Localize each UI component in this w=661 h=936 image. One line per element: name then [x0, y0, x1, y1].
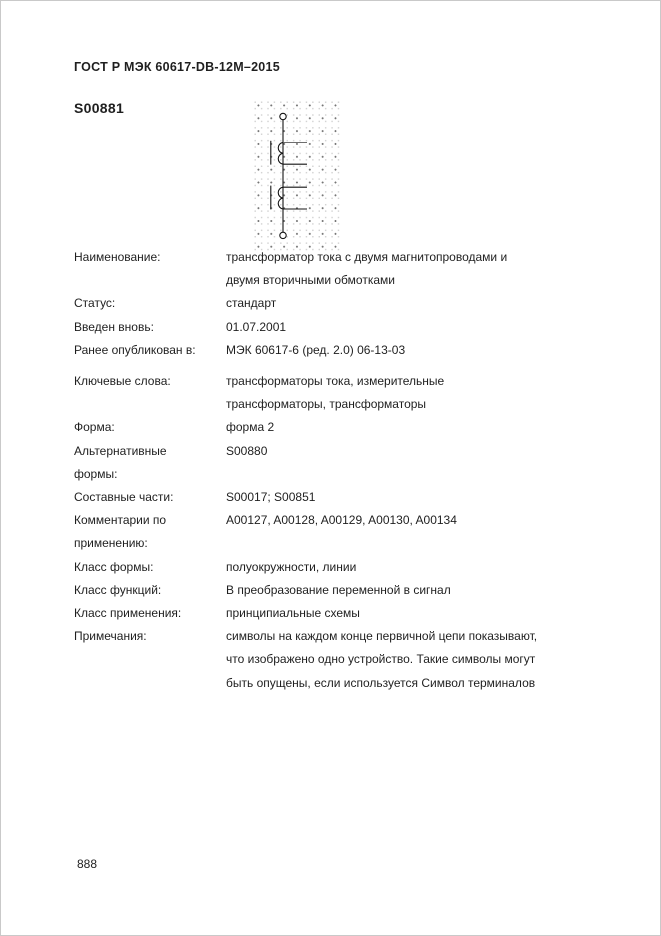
field-row: Наименование:трансформатор тока с двумя …	[74, 246, 594, 292]
field-label-line: Ранее опубликован в:	[74, 339, 226, 362]
field-value-line: что изображено одно устройство. Такие си…	[226, 648, 594, 671]
field-value: стандарт	[226, 292, 594, 315]
field-value: трансформатор тока с двумя магнитопровод…	[226, 246, 594, 292]
field-value-line: символы на каждом конце первичной цепи п…	[226, 625, 594, 648]
field-row: Форма:форма 2	[74, 416, 594, 439]
field-label-line: Альтернативные	[74, 440, 226, 463]
field-row: Класс функций:В преобразование переменно…	[74, 579, 594, 602]
field-value-line: стандарт	[226, 292, 594, 315]
field-value-line: трансформатор тока с двумя магнитопровод…	[226, 246, 594, 269]
field-row: Альтернативныеформы:S00880	[74, 440, 594, 486]
field-value-line: принципиальные схемы	[226, 602, 594, 625]
field-label-line: Класс функций:	[74, 579, 226, 602]
field-value-line: трансформаторы тока, измерительные	[226, 370, 594, 393]
field-value-line: форма 2	[226, 416, 594, 439]
field-label-line: Наименование:	[74, 246, 226, 269]
terminal-circle-bottom	[280, 232, 286, 238]
field-value-line: трансформаторы, трансформаторы	[226, 393, 594, 416]
field-value-line: S00880	[226, 440, 594, 463]
field-label-line: Форма:	[74, 416, 226, 439]
field-label-line: Класс формы:	[74, 556, 226, 579]
field-label: Ключевые слова:	[74, 370, 226, 416]
field-row: Ключевые слова:трансформаторы тока, изме…	[74, 370, 594, 416]
field-label-line: Ключевые слова:	[74, 370, 226, 393]
field-value: трансформаторы тока, измерительныетрансф…	[226, 370, 594, 416]
field-row: Введен вновь:01.07.2001	[74, 316, 594, 339]
field-row: Ранее опубликован в:МЭК 60617-6 (ред. 2.…	[74, 339, 594, 362]
field-value-line: 01.07.2001	[226, 316, 594, 339]
field-value-line: S00017; S00851	[226, 486, 594, 509]
field-value: A00127, A00128, A00129, A00130, A00134	[226, 509, 594, 555]
field-row: Примечания:символы на каждом конце перви…	[74, 625, 594, 695]
field-value-line: двумя вторичными обмотками	[226, 269, 594, 292]
field-value-line: A00127, A00128, A00129, A00130, A00134	[226, 509, 594, 532]
field-label: Составные части:	[74, 486, 226, 509]
terminal-circle-top	[280, 113, 286, 119]
field-label-line: Статус:	[74, 292, 226, 315]
field-value: полуокружности, линии	[226, 556, 594, 579]
field-value: 01.07.2001	[226, 316, 594, 339]
field-label: Комментарии поприменению:	[74, 509, 226, 555]
page-number: 888	[77, 853, 97, 876]
fields-table: Наименование:трансформатор тока с двумя …	[74, 246, 594, 695]
field-label-line: Составные части:	[74, 486, 226, 509]
field-label: Класс функций:	[74, 579, 226, 602]
field-value: S00017; S00851	[226, 486, 594, 509]
field-label: Альтернативныеформы:	[74, 440, 226, 486]
field-value: принципиальные схемы	[226, 602, 594, 625]
field-value-line: МЭК 60617-6 (ред. 2.0) 06-13-03	[226, 339, 594, 362]
field-label: Введен вновь:	[74, 316, 226, 339]
field-label: Класс формы:	[74, 556, 226, 579]
secondary-winding-top	[278, 142, 283, 164]
document-page: ГОСТ Р МЭК 60617-DB-12M–2015 S00881 Наим…	[0, 0, 661, 936]
field-value: символы на каждом конце первичной цепи п…	[226, 625, 594, 695]
field-label-line: применению:	[74, 532, 226, 555]
field-label: Наименование:	[74, 246, 226, 292]
field-value: S00880	[226, 440, 594, 486]
field-value: форма 2	[226, 416, 594, 439]
field-label-line: Введен вновь:	[74, 316, 226, 339]
field-label: Статус:	[74, 292, 226, 315]
field-value: В преобразование переменной в сигнал	[226, 579, 594, 602]
field-label: Ранее опубликован в:	[74, 339, 226, 362]
field-label: Класс применения:	[74, 602, 226, 625]
field-label-line: Комментарии по	[74, 509, 226, 532]
symbol-id: S00881	[74, 100, 124, 116]
field-label-line: формы:	[74, 463, 226, 486]
field-value-line: полуокружности, линии	[226, 556, 594, 579]
field-label-line: Класс применения:	[74, 602, 226, 625]
field-label: Примечания:	[74, 625, 226, 695]
field-row: Составные части:S00017; S00851	[74, 486, 594, 509]
field-row: Статус:стандарт	[74, 292, 594, 315]
secondary-winding-bottom	[278, 187, 283, 209]
current-transformer-symbol-icon	[241, 91, 361, 261]
field-label: Форма:	[74, 416, 226, 439]
standard-title: ГОСТ Р МЭК 60617-DB-12M–2015	[74, 60, 280, 74]
field-value-line: В преобразование переменной в сигнал	[226, 579, 594, 602]
field-value-line: быть опущены, если используется Символ т…	[226, 672, 594, 695]
field-value: МЭК 60617-6 (ред. 2.0) 06-13-03	[226, 339, 594, 362]
field-row: Класс формы:полуокружности, линии	[74, 556, 594, 579]
field-label-line: Примечания:	[74, 625, 226, 648]
field-row: Комментарии поприменению:A00127, A00128,…	[74, 509, 594, 555]
field-row: Класс применения:принципиальные схемы	[74, 602, 594, 625]
